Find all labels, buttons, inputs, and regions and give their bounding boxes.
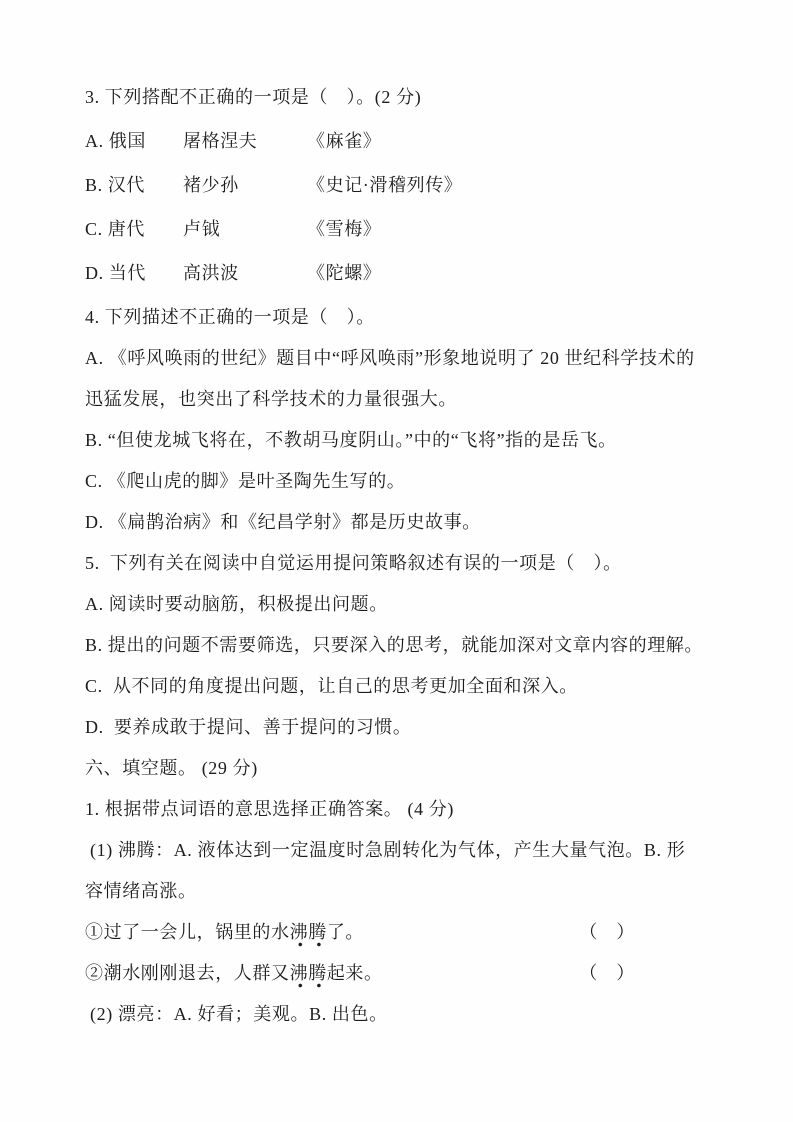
q3-author: 高洪波 bbox=[183, 262, 307, 285]
q4-option-d: D. 《扁鹊治病》和《纪昌学射》都是历史故事。 bbox=[85, 511, 793, 534]
q5-option-a: A. 阅读时要动脑筋，积极提出问题。 bbox=[85, 593, 793, 616]
fill-blank-sentence-2: ②潮水刚刚退去，人群又沸腾起来。 （ ） bbox=[85, 962, 710, 985]
question-5-title: 5. 下列有关在阅读中自觉运用提问策略叙述有误的一项是（ ）。 bbox=[85, 552, 793, 575]
q3-work-title: 《雪梅》 bbox=[307, 218, 793, 241]
sentence-text: ①过了一会儿，锅里的水沸腾了。 bbox=[85, 921, 364, 944]
fill-blank-sentence-1: ①过了一会儿，锅里的水沸腾了。 （ ） bbox=[85, 921, 710, 944]
s6-item1-definition-line1: (1) 沸腾：A. 液体达到一定温度时急剧转化为气体，产生大量气泡。B. 形 bbox=[85, 839, 793, 862]
q4-option-a-line1: A. 《呼风唤雨的世纪》题目中“呼风唤雨”形象地说明了 20 世纪科学技术的 bbox=[85, 347, 793, 370]
emphasized-word: 沸腾 bbox=[290, 922, 327, 947]
s6-item2-definition: (2) 漂亮：A. 好看；美观。B. 出色。 bbox=[85, 1003, 793, 1026]
q3-work-title: 《史记·滑稽列传》 bbox=[307, 174, 793, 197]
s6-item1-definition-line2: 容情绪高涨。 bbox=[85, 880, 793, 903]
q4-option-c: C. 《爬山虎的脚》是叶圣陶先生写的。 bbox=[85, 470, 793, 493]
q4-option-b: B. “但使龙城飞将在，不教胡马度阴山。”中的“飞将”指的是岳飞。 bbox=[85, 429, 793, 452]
q3-option-row-a: A. 俄国 屠格涅夫 《麻雀》 bbox=[85, 130, 793, 153]
answer-blank: （ ） bbox=[579, 921, 635, 944]
q3-author: 屠格涅夫 bbox=[183, 130, 307, 153]
q3-work-title: 《麻雀》 bbox=[307, 130, 793, 153]
sentence-post: 了。 bbox=[327, 922, 364, 942]
q3-option-row-d: D. 当代 高洪波 《陀螺》 bbox=[85, 262, 793, 285]
exam-page: 3. 下列搭配不正确的一项是（ ）。(2 分) A. 俄国 屠格涅夫 《麻雀》 … bbox=[0, 0, 793, 1122]
sentence-pre: ②潮水刚刚退去，人群又 bbox=[85, 963, 290, 983]
sentence-text: ②潮水刚刚退去，人群又沸腾起来。 bbox=[85, 962, 383, 985]
sentence-pre: ①过了一会儿，锅里的水 bbox=[85, 922, 290, 942]
q3-option-label: A. 俄国 bbox=[85, 130, 183, 153]
answer-blank: （ ） bbox=[579, 962, 635, 985]
q5-option-b: B. 提出的问题不需要筛选，只要深入的思考，就能加深对文章内容的理解。 bbox=[85, 634, 793, 657]
q5-option-c: C. 从不同的角度提出问题，让自己的思考更加全面和深入。 bbox=[85, 675, 793, 698]
question-3-title: 3. 下列搭配不正确的一项是（ ）。(2 分) bbox=[85, 86, 793, 109]
s6-q1-title: 1. 根据带点词语的意思选择正确答案。 (4 分) bbox=[85, 798, 793, 821]
q3-option-label: D. 当代 bbox=[85, 262, 183, 285]
sentence-post: 起来。 bbox=[327, 963, 383, 983]
section-6-heading: 六、填空题。 (29 分) bbox=[85, 757, 793, 780]
q3-author: 卢钺 bbox=[183, 218, 307, 241]
question-4-title: 4. 下列描述不正确的一项是（ ）。 bbox=[85, 306, 793, 329]
q3-option-row-b: B. 汉代 褚少孙 《史记·滑稽列传》 bbox=[85, 174, 793, 197]
q3-option-label: B. 汉代 bbox=[85, 174, 183, 197]
q3-option-row-c: C. 唐代 卢钺 《雪梅》 bbox=[85, 218, 793, 241]
q4-option-a-line2: 迅猛发展，也突出了科学技术的力量很强大。 bbox=[85, 388, 793, 411]
q3-work-title: 《陀螺》 bbox=[307, 262, 793, 285]
emphasized-word: 沸腾 bbox=[290, 963, 327, 988]
q5-option-d: D. 要养成敢于提问、善于提问的习惯。 bbox=[85, 716, 793, 739]
q3-author: 褚少孙 bbox=[183, 174, 307, 197]
q3-option-label: C. 唐代 bbox=[85, 218, 183, 241]
